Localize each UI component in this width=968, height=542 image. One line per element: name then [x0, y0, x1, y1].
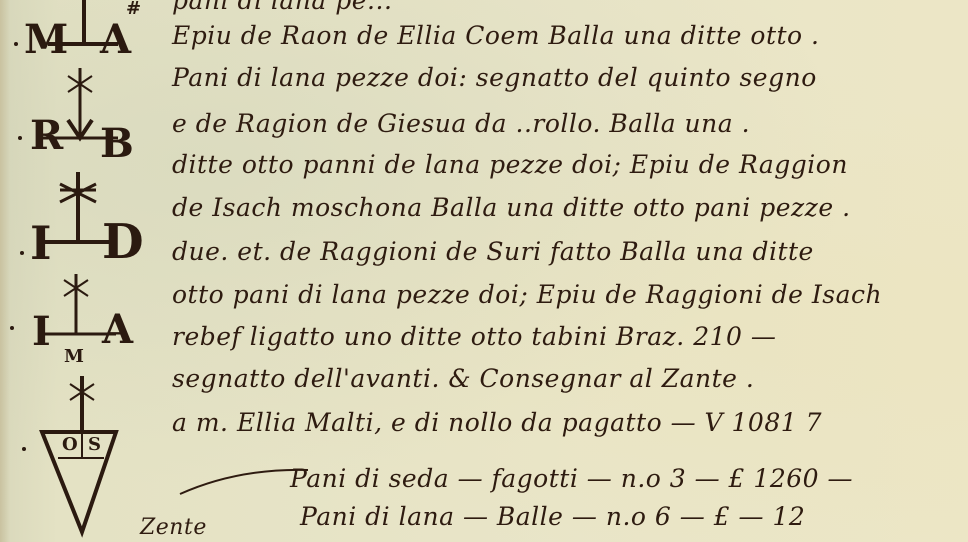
text-line-12: Pani di lana — Balle — n.o 6 — £ — 12	[300, 502, 805, 531]
page-edge	[0, 0, 10, 542]
margin-note: Zente	[140, 515, 207, 540]
text-line-11: Pani di seda — fagotti — n.o 3 — £ 1260 …	[290, 464, 853, 493]
margin-dot	[14, 42, 18, 46]
mark-sub-letter: M	[64, 348, 84, 366]
merchant-mark-rb: R B	[28, 68, 138, 168]
mark-letter: O	[62, 436, 78, 454]
text-line-4: ditte otto panni de lana pezze doi; Epiu…	[172, 150, 848, 179]
merchant-mark-ia: I A M	[32, 274, 142, 370]
merchant-mark-id: I D	[30, 172, 150, 276]
margin-dot	[22, 447, 26, 451]
mark-letter: S	[88, 436, 101, 454]
mark-letter: A	[100, 20, 131, 60]
merchant-mark-ma: M A #	[14, 0, 134, 60]
triangle-shield-icon	[38, 376, 128, 542]
mark-letter: I	[30, 220, 52, 266]
manuscript-page: M A # R B I D	[0, 0, 968, 542]
mark-letter: I	[32, 312, 51, 352]
mark-letter: R	[30, 116, 63, 156]
hash-symbol: #	[126, 0, 141, 18]
mark-letter: A	[102, 310, 133, 350]
text-line-3: e de Ragion de Giesua da ..rollo. Balla …	[172, 109, 750, 138]
text-line-7: otto pani di lana pezze doi; Epiu de Rag…	[172, 280, 882, 309]
mark-letter: B	[100, 124, 134, 164]
text-line-2: Pani di lana pezze doi: segnatto del qui…	[172, 63, 817, 92]
flourish-stroke	[178, 460, 318, 500]
mark-letter: M	[24, 20, 68, 60]
text-line-6: due. et. de Raggioni de Suri fatto Balla…	[172, 237, 814, 266]
merchant-mark-os: O S	[38, 376, 128, 542]
text-line-9: segnatto dell'avanti. & Consegnar al Zan…	[172, 364, 754, 393]
text-line-1: Epiu de Raon de Ellia Coem Balla una dit…	[172, 21, 820, 50]
text-line-8: rebef ligatto uno ditte otto tabini Braz…	[172, 322, 776, 351]
margin-dot	[18, 136, 22, 140]
text-line-5: de Isach moschona Balla una ditte otto p…	[172, 193, 851, 222]
text-line-10: a m. Ellia Malti, e di nollo da pagatto …	[172, 408, 822, 437]
margin-dot	[10, 326, 14, 330]
text-line-0: pani di lana pe...	[172, 0, 392, 15]
margin-dot	[20, 251, 24, 255]
mark-letter: D	[102, 218, 144, 266]
